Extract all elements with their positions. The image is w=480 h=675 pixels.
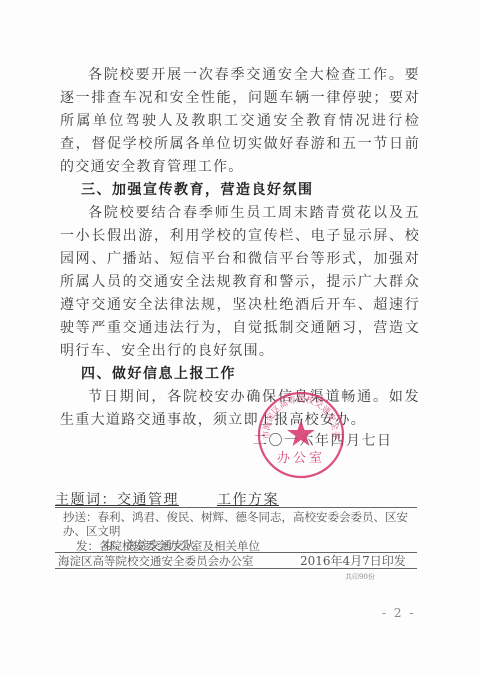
keywords-label: 主题词： — [55, 492, 117, 508]
distribution-value: 各院校安委会办公室及相关单位 — [99, 539, 260, 553]
keyword-2: 工作方案 — [217, 492, 279, 508]
distribution-label: 发： — [76, 539, 99, 553]
body-content: 各院校要开展一次春季交通安全大检查工作。要逐一排查车况和安全性能，问题车辆一律停… — [60, 64, 420, 432]
copies-count: 共印90份 — [345, 572, 375, 582]
page-number: - 2 - — [382, 606, 415, 620]
divider — [55, 507, 417, 508]
heading-publicity: 三、加强宣传教育，营造良好氛围 — [60, 179, 420, 202]
cc-line-1: 春利、鸿君、俊民、树辉、德冬同志，高校安委会委员、区安办、区文明 — [63, 510, 408, 538]
keywords-line: 主题词：交通管理工作方案 — [55, 489, 279, 509]
issuer: 海淀区高等院校交通安全委员会办公室 — [58, 553, 254, 569]
divider — [55, 568, 417, 569]
heading-reporting: 四、做好信息上报工作 — [60, 363, 420, 386]
paragraph-publicity: 各院校要结合春季师生员工周末踏青赏花以及五一小长假出游，利用学校的宣传栏、电子显… — [60, 202, 420, 363]
paragraph-inspection: 各院校要开展一次春季交通安全大检查工作。要逐一排查车况和安全性能，问题车辆一律停… — [60, 64, 420, 179]
document-page: 各院校要开展一次春季交通安全大检查工作。要逐一排查车况和安全性能，问题车辆一律停… — [0, 0, 480, 675]
cc-label: 抄送： — [63, 510, 98, 524]
svg-text:办公室: 办公室 — [277, 450, 325, 466]
issued-date: 2016年4月7日印发 — [300, 552, 406, 569]
keyword-1: 交通管理 — [117, 492, 179, 508]
paragraph-reporting: 节日期间，各院校安办确保信息渠道畅通。如发生重大道路交通事故，须立即上报高校安办… — [60, 386, 420, 432]
official-seal-icon: 北京市海淀区高等院校交通安全委员会 办公室 — [256, 390, 346, 480]
